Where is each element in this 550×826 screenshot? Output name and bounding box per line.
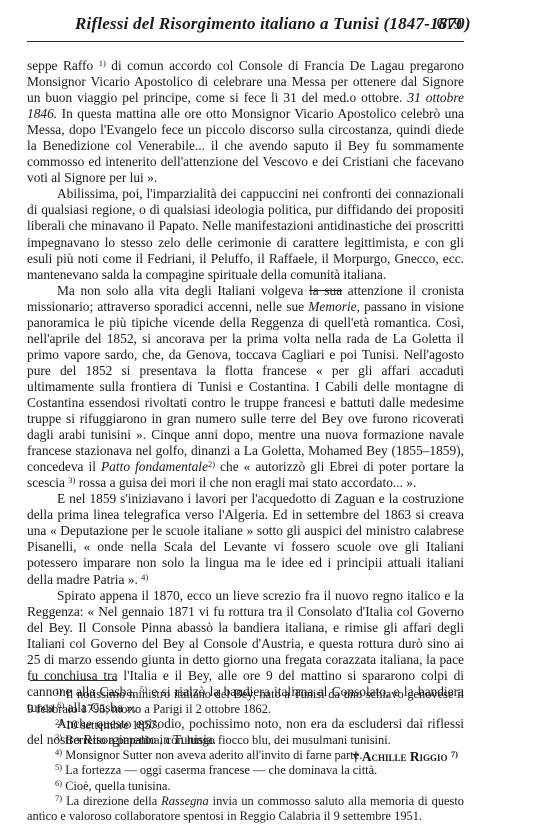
footnote-4: 4) Monsignor Sutter non aveva aderito al… (27, 748, 464, 763)
footnote-mark: 4) (55, 747, 62, 757)
footnotes: 1) Il notissimo ministro italiano del Be… (27, 687, 464, 825)
paragraph-2: Abilissima, poi, l'imparzialità dei capp… (27, 186, 464, 282)
memorie-title: Memorie (308, 299, 356, 314)
text-run: Ma non solo alla vita degli Italiani vol… (57, 283, 309, 298)
footnote-mark: 1) (55, 686, 62, 696)
footnote-ref-1[interactable]: 1) (99, 58, 106, 68)
page-number: 619 (437, 14, 463, 34)
text-run: , passano in visione panoramica le più t… (27, 299, 464, 474)
footnote-mark: 3) (55, 732, 62, 742)
text-run: seppe Raffo (27, 58, 99, 73)
footnote-text: Monsignor Sutter non aveva aderito all'i… (65, 748, 362, 762)
footnote-mark: 6) (55, 778, 62, 788)
paragraph-3: Ma non solo alla vita degli Italiani vol… (27, 283, 464, 492)
footnote-1: 1) Il notissimo ministro italiano del Be… (27, 687, 464, 718)
footnote-rule (30, 680, 117, 681)
footnote-ref-2[interactable]: 2) (208, 459, 215, 469)
footnote-6: 6) Cioè, quella tunisina. (27, 779, 464, 794)
footnote-5: 5) La fortezza — oggi caserma francese —… (27, 763, 464, 778)
text-run: In questa mattina alle ore otto Monsigno… (27, 106, 464, 185)
footnote-mark: 7) (55, 793, 62, 803)
footnote-mark: 2) (55, 717, 62, 727)
header-rule (27, 41, 464, 42)
footnote-text: La fortezza — oggi caserma francese — ch… (65, 763, 377, 777)
text-run: rossa a guisa dei mori il che non eragli… (75, 475, 416, 490)
running-title: Riflessi del Risorgimento italiano a Tun… (75, 14, 471, 34)
footnote-2: 2) 10 settembre 1857. (27, 718, 464, 733)
footnote-text: La direzione della (66, 794, 161, 808)
footnote-text: 10 settembre 1857. (65, 718, 160, 732)
footnote-ref-4[interactable]: 4) (141, 572, 148, 582)
text-run: Spirato appena il 1870, ecco un lieve sc… (27, 588, 464, 699)
footnote-3: 3) Berretto a papalina, con lungo fiocco… (27, 733, 464, 748)
footnote-mark: 5) (55, 762, 62, 772)
running-header: Riflessi del Risorgimento italiano a Tun… (27, 14, 464, 36)
rassegna-title: Rassegna (161, 794, 209, 808)
footnote-text: Cioè, quella tunisina. (65, 779, 170, 793)
paragraph-1: seppe Raffo 1) di comun accordo col Cons… (27, 58, 464, 186)
footnote-text: Il notissimo ministro italiano del Bey, … (27, 687, 464, 716)
paragraph-4: E nel 1859 s'iniziavano i lavori per l'a… (27, 491, 464, 587)
struck-text: la sua (309, 283, 342, 298)
footnote-text: Berretto a papalina, con lungo fiocco bl… (65, 733, 391, 747)
footnote-7: 7) La direzione della Rassegna invia un … (27, 794, 464, 825)
text-run: E nel 1859 s'iniziavano i lavori per l'a… (27, 491, 464, 586)
body-text: seppe Raffo 1) di comun accordo col Cons… (27, 58, 464, 765)
patto-title: Patto fondamentale (101, 459, 208, 474)
